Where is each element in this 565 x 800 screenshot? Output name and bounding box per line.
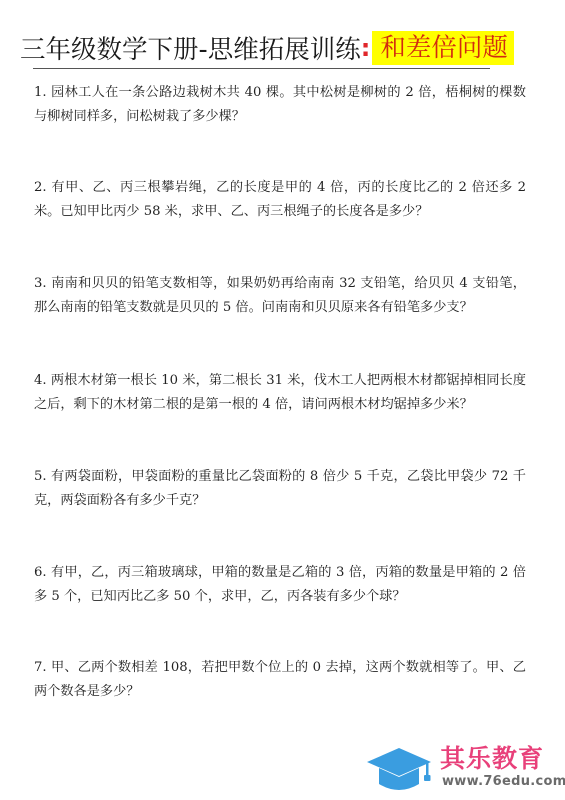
question-text: 有甲、乙、丙三根攀岩绳，乙的长度是甲的 4 倍，丙的长度比乙的 2 倍还多 2 … (34, 180, 526, 219)
page-title: 三年级数学下册-思维拓展训练 : 和差倍问题 (20, 30, 514, 66)
question-5: 5. 有两袋面粉，甲袋面粉的重量比乙袋面粉的 8 倍少 5 千克，乙袋比甲袋少 … (34, 465, 526, 513)
question-2: 2. 有甲、乙、丙三根攀岩绳，乙的长度是甲的 4 倍，丙的长度比乙的 2 倍还多… (34, 176, 526, 224)
title-colon: : (361, 34, 371, 62)
watermark-url: www.76edu.com (442, 775, 565, 789)
question-text: 有两袋面粉，甲袋面粉的重量比乙袋面粉的 8 倍少 5 千克，乙袋比甲袋少 72 … (34, 469, 526, 508)
question-number: 3. (34, 276, 47, 291)
question-text: 有甲，乙，丙三箱玻璃球，甲箱的数量是乙箱的 3 倍，丙箱的数量是甲箱的 2 倍多… (34, 565, 526, 604)
question-number: 1. (34, 85, 47, 100)
watermark-logo: 其乐教育 www.76edu.com (365, 744, 565, 794)
question-text: 甲、乙两个数相差 108，若把甲数个位上的 0 去掉，这两个数就相等了。甲、乙两… (34, 660, 526, 699)
question-number: 4. (34, 373, 47, 388)
title-main: 三年级数学下册-思维拓展训练 (20, 30, 361, 66)
graduation-cap-icon (365, 744, 437, 794)
title-underline (33, 68, 490, 69)
question-number: 7. (34, 660, 47, 675)
question-text: 南南和贝贝的铅笔支数相等，如果奶奶再给南南 32 支铅笔，给贝贝 4 支铅笔，那… (34, 276, 526, 315)
title-highlight: 和差倍问题 (372, 31, 514, 65)
question-text: 园林工人在一条公路边栽树木共 40 棵。其中松树是柳树的 2 倍，梧桐树的棵数与… (34, 85, 526, 124)
watermark-brand: 其乐教育 (440, 744, 544, 774)
question-6: 6. 有甲，乙，丙三箱玻璃球，甲箱的数量是乙箱的 3 倍，丙箱的数量是甲箱的 2… (34, 561, 526, 609)
question-7: 7. 甲、乙两个数相差 108，若把甲数个位上的 0 去掉，这两个数就相等了。甲… (34, 656, 526, 704)
question-number: 2. (34, 180, 47, 195)
question-number: 5. (34, 469, 47, 484)
question-4: 4. 两根木材第一根长 10 米，第二根长 31 米，伐木工人把两根木材都锯掉相… (34, 369, 526, 417)
question-text: 两根木材第一根长 10 米，第二根长 31 米，伐木工人把两根木材都锯掉相同长度… (34, 373, 526, 412)
question-1: 1. 园林工人在一条公路边栽树木共 40 棵。其中松树是柳树的 2 倍，梧桐树的… (34, 81, 526, 129)
question-3: 3. 南南和贝贝的铅笔支数相等，如果奶奶再给南南 32 支铅笔，给贝贝 4 支铅… (34, 272, 526, 320)
question-number: 6. (34, 565, 47, 580)
